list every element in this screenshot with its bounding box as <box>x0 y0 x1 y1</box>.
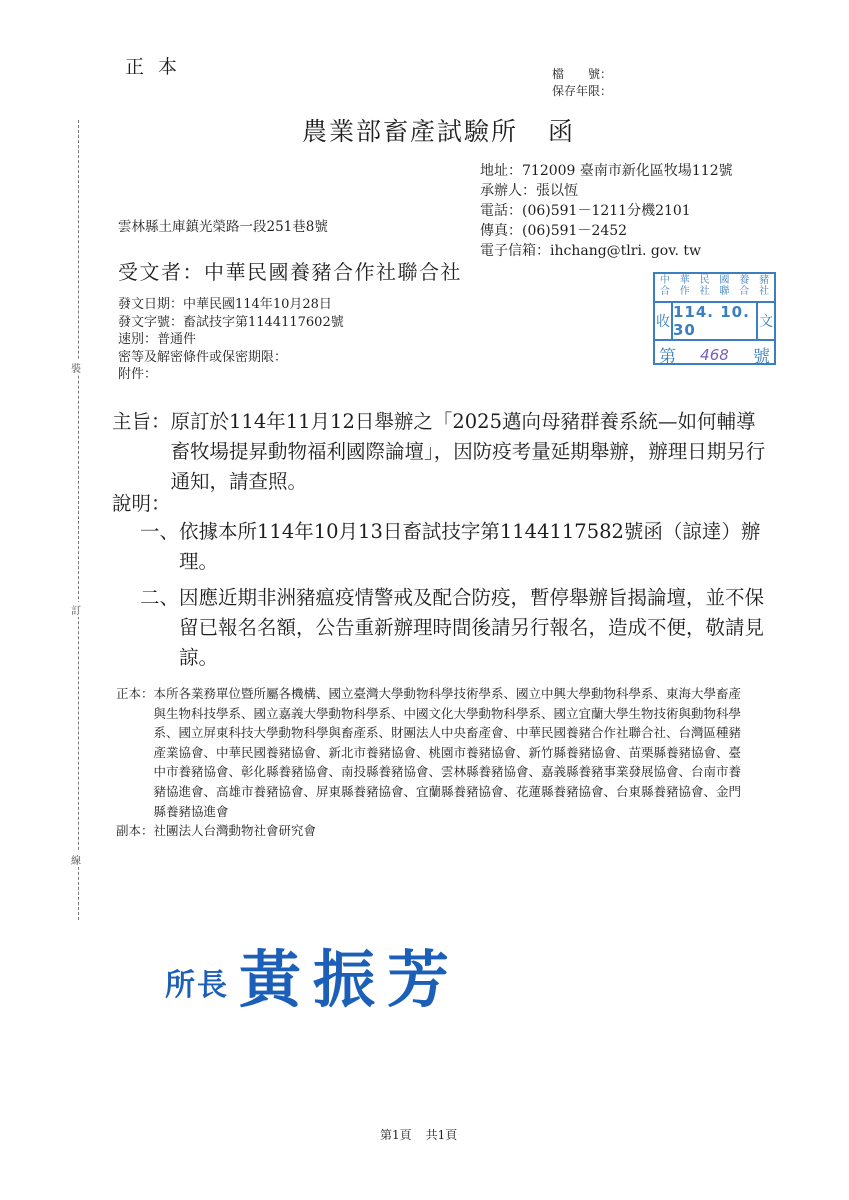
subject-text: 原訂於114年11月12日舉辦之「2025邁向母豬群養系統—如何輔導畜牧場提昇動… <box>171 407 767 497</box>
explanation-item: 一、 依據本所114年10月13日畜試技字第1144117582號函（諒達）辦理… <box>140 517 767 577</box>
contact-fax: 傳真：(06)591－2452 <box>480 221 733 241</box>
recipient: 受文者：中華民國養豬合作社聯合社 <box>118 256 462 285</box>
subject: 主旨： 原訂於114年11月12日舉辦之「2025邁向母豬群養系統—如何輔導畜牧… <box>112 407 767 497</box>
stamp-org-char: 豬社 <box>754 275 774 301</box>
copy-recipients: 社團法人台灣動物社會研究會 <box>154 821 746 841</box>
distribution: 正本： 本所各業務單位暨所屬各機構、國立臺灣大學動物科學技術學系、國立中興大學動… <box>116 684 746 841</box>
stamp-org-char: 民社 <box>695 275 715 301</box>
explanation-list: 一、 依據本所114年10月13日畜試技字第1144117582號函（諒達）辦理… <box>140 517 767 679</box>
copy-type: 正本 <box>125 52 191 79</box>
binding-mark-zhuang: 裝 <box>71 360 81 375</box>
distribution-original: 正本： 本所各業務單位暨所屬各機構、國立臺灣大學動物科學技術學系、國立中興大學動… <box>116 684 746 821</box>
page-number: 第1頁共1頁 <box>380 1126 457 1143</box>
receipt-stamp: 中合 華作 民社 國聯 養合 豬社 收 114. 10. 30 文 第 468 … <box>653 272 776 365</box>
original-label: 正本： <box>116 684 154 821</box>
binding-mark-ding: 訂 <box>71 602 81 617</box>
stamp-org-char: 國聯 <box>715 275 735 301</box>
contact-phone: 電話：(06)591－1211分機2101 <box>480 201 733 221</box>
stamp-org-char: 華作 <box>675 275 695 301</box>
stamp-number: 468 <box>700 346 729 364</box>
item-number: 二、 <box>140 583 179 673</box>
attachment: 附件： <box>118 366 344 384</box>
issue-date: 發文日期：中華民國114年10月28日 <box>118 296 344 314</box>
stamp-left-char: 收 <box>655 311 671 331</box>
current-page: 第1頁 <box>380 1128 412 1142</box>
contact-block: 地址：712009 臺南市新化區牧場112號 承辦人：張以恆 電話：(06)59… <box>480 161 733 261</box>
document-title: 農業部畜產試驗所函 <box>302 112 575 148</box>
binding-line <box>78 120 79 920</box>
document-type: 函 <box>548 117 575 146</box>
recipient-address: 雲林縣土庫鎮光榮路一段251巷8號 <box>118 215 328 235</box>
signature-stamp: 所長黃振芳 <box>165 930 461 1019</box>
total-pages: 共1頁 <box>426 1128 458 1142</box>
signature-role: 所長 <box>165 968 229 1003</box>
stamp-right-char: 文 <box>758 311 774 331</box>
doc-number: 發文字號：畜試技字第1144117602號 <box>118 314 344 332</box>
explanation-label: 說明： <box>112 488 171 516</box>
stamp-suffix: 號 <box>753 342 770 367</box>
copy-label: 副本： <box>116 821 154 841</box>
item-number: 一、 <box>140 517 179 577</box>
retention-label: 保存年限： <box>552 83 612 100</box>
original-recipients: 本所各業務單位暨所屬各機構、國立臺灣大學動物科學技術學系、國立中興大學動物科學系… <box>154 684 746 821</box>
stamp-org-char: 中合 <box>655 275 675 301</box>
contact-handler: 承辦人：張以恆 <box>480 181 733 201</box>
speed: 速別：普通件 <box>118 331 344 349</box>
issuing-org: 農業部畜產試驗所 <box>302 117 518 146</box>
subject-label: 主旨： <box>112 407 171 497</box>
stamp-prefix: 第 <box>659 342 676 367</box>
stamp-org-char: 養合 <box>734 275 754 301</box>
file-number-label: 檔 號： <box>552 66 612 83</box>
contact-address: 地址：712009 臺南市新化區牧場112號 <box>480 161 733 181</box>
item-text: 因應近期非洲豬瘟疫情警戒及配合防疫，暫停舉辦旨揭論壇，並不保留已報名名額，公告重… <box>179 583 767 673</box>
signature-name: 黃振芳 <box>239 943 461 1016</box>
stamp-number-row: 第 468 號 <box>655 341 774 368</box>
binding-mark-xian: 線 <box>71 852 81 867</box>
contact-email: 電子信箱：ihchang@tlri. gov. tw <box>480 241 733 261</box>
stamp-date: 114. 10. 30 <box>671 303 758 339</box>
item-text: 依據本所114年10月13日畜試技字第1144117582號函（諒達）辦理。 <box>179 517 767 577</box>
explanation-item: 二、 因應近期非洲豬瘟疫情警戒及配合防疫，暫停舉辦旨揭論壇，並不保留已報名名額，… <box>140 583 767 673</box>
stamp-org: 中合 華作 民社 國聯 養合 豬社 <box>655 274 774 303</box>
confidentiality: 密等及解密條件或保密期限： <box>118 349 344 367</box>
distribution-copy: 副本： 社團法人台灣動物社會研究會 <box>116 821 746 841</box>
file-meta: 檔 號： 保存年限： <box>552 66 612 100</box>
document-meta: 發文日期：中華民國114年10月28日 發文字號：畜試技字第1144117602… <box>118 296 344 384</box>
stamp-date-row: 收 114. 10. 30 文 <box>655 303 774 341</box>
